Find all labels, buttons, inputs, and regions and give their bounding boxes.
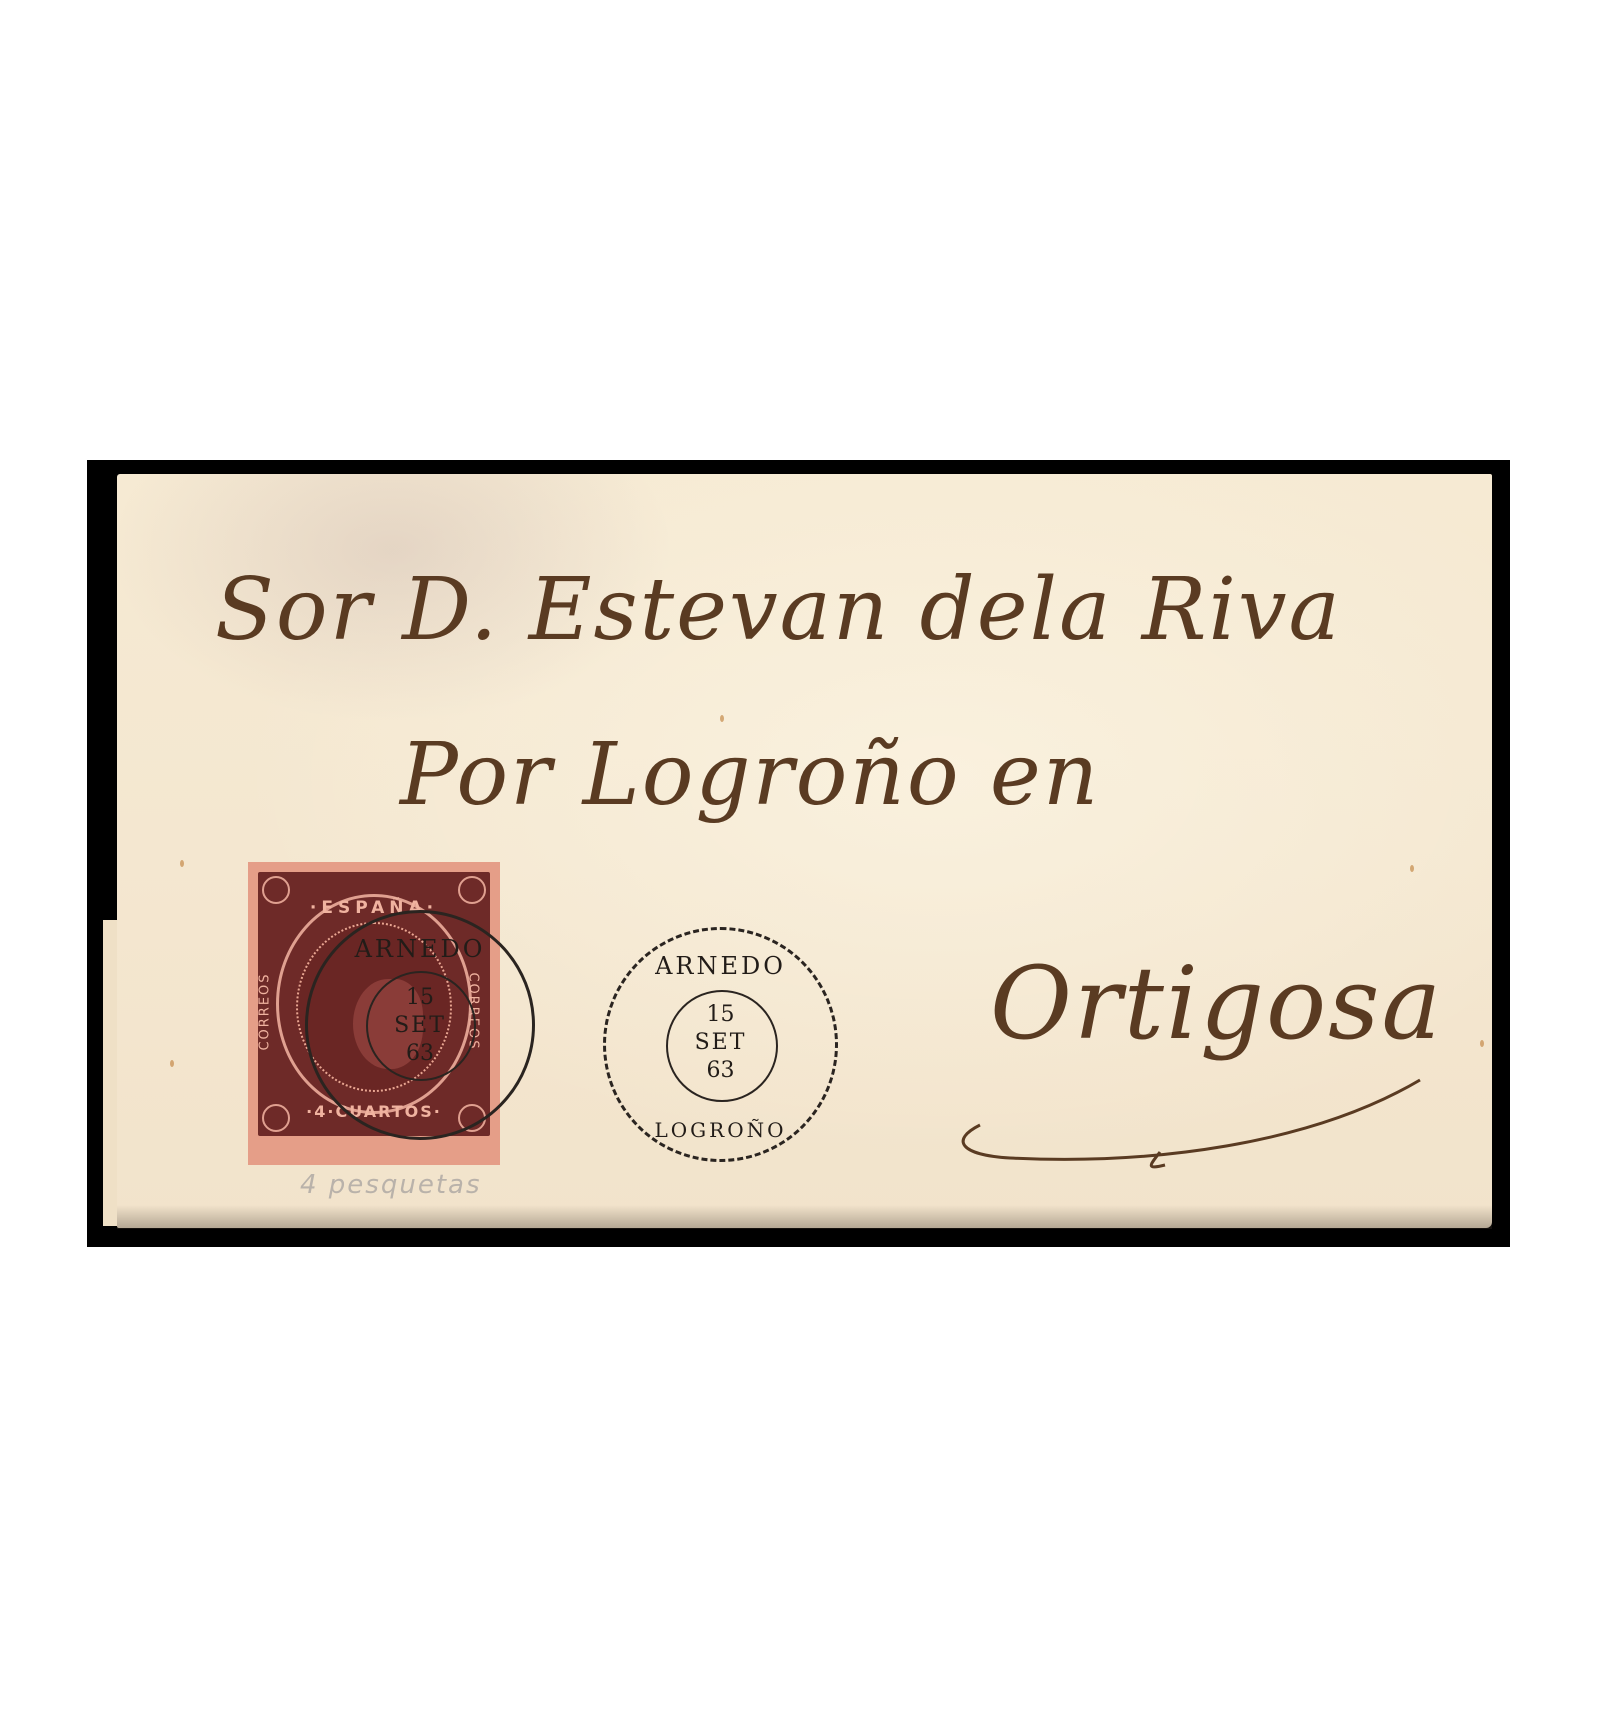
foxing-spot: [170, 1060, 174, 1067]
foxing-spot: [180, 860, 184, 867]
postmark-day: 15: [606, 1002, 835, 1027]
foxing-spot: [720, 715, 724, 722]
address-line-recipient: Sor D. Estevan dela Riva: [215, 560, 1342, 660]
foxing-spot: [1480, 1040, 1484, 1047]
foxing-spot: [1410, 865, 1414, 872]
postmark-town: ARNEDO: [606, 952, 835, 980]
bottom-edge-shadow: [117, 1205, 1492, 1229]
postmark-year: 63: [606, 1058, 835, 1083]
postmark-year: 63: [308, 1041, 532, 1066]
underline-flourish: [950, 1070, 1470, 1170]
address-line-destination: Ortigosa: [990, 945, 1443, 1062]
pencil-notation: 4 pesquetas: [300, 1170, 482, 1200]
postmark-on-stamp: ARNEDO 15 SET 63: [305, 910, 535, 1140]
stamp-side-label-left: CORREOS: [258, 972, 273, 1050]
postmark-day: 15: [308, 985, 532, 1010]
postmark-month: SET: [308, 1013, 532, 1038]
address-line-via: Por Logroño en: [400, 725, 1100, 825]
postmark-province: LOGROÑO: [606, 1118, 835, 1142]
postmark-month: SET: [606, 1030, 835, 1055]
postmark-town: ARNEDO: [308, 935, 532, 963]
postmark-on-cover: ARNEDO 15 SET 63 LOGROÑO: [603, 927, 838, 1162]
